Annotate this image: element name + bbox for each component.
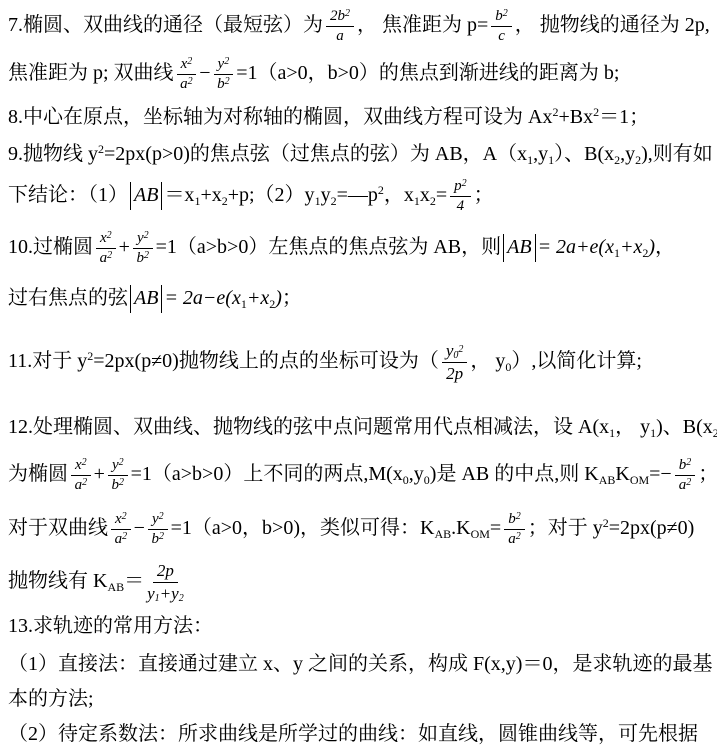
superscript: 2 xyxy=(458,344,463,355)
text-run: 对于双曲线 xyxy=(8,517,108,539)
item-10-line-1: 10.过椭圆x2a2+y2b2=1（a>b>0）左焦点的焦点弦为 AB，则AB=… xyxy=(8,218,711,276)
text-run: +Bx xyxy=(558,106,593,128)
text-run: ， 抛物线的通径为 2p, xyxy=(515,14,710,36)
fraction: y022p xyxy=(442,341,468,383)
math-italic-run: +x xyxy=(247,287,269,309)
superscript: 2 xyxy=(107,250,112,261)
text-run: ＝1； xyxy=(599,106,649,128)
math-italic-run: = 2a+e(x xyxy=(538,236,614,258)
text-run: ； xyxy=(698,463,717,485)
superscript: 2 xyxy=(686,477,691,488)
item-13-method-2-line-1: （2）待定系数法：所求曲线是所学过的曲线：如直线，圆锥曲线等，可先根据 xyxy=(8,714,711,754)
math-italic-run: b xyxy=(217,76,225,92)
superscript: 2 xyxy=(119,457,124,468)
superscript: 2 xyxy=(345,8,350,19)
fraction-denominator: 4 xyxy=(457,197,465,215)
math-italic-run: ) xyxy=(648,236,655,258)
superscript: 2 xyxy=(159,531,164,542)
fraction: x2a2 xyxy=(111,511,131,549)
item-12-line-1: 12.处理椭圆、双曲线、抛物线的弦中点问题常用代点相减法，设 A(x1， y1)… xyxy=(8,408,711,446)
text-run: ， y xyxy=(615,416,650,438)
item-13-method-1-line-1: （1）直接法：直接通过建立 x、y 之间的关系，构成 F(x,y)＝0，是求轨迹… xyxy=(8,644,711,684)
fraction: 2b2a xyxy=(326,8,354,46)
text-run: +p;（2）y xyxy=(228,184,315,206)
text-run: )是 AB 的中点,则 K xyxy=(430,463,599,485)
item-11-line: 11.对于 y2=2px(p≠0)抛物线上的点的坐标可设为（y022p， y0）… xyxy=(8,330,711,392)
math-italic-run: 2p xyxy=(157,561,174,580)
fraction-numerator: x2 xyxy=(111,511,131,530)
superscript: 2 xyxy=(686,457,691,468)
text-run: .K xyxy=(451,517,470,539)
text-run: =− xyxy=(649,463,672,485)
fraction-numerator: y02 xyxy=(442,341,468,363)
superscript: 2 xyxy=(159,511,164,522)
absolute-value-expression: AB xyxy=(130,285,162,313)
fraction: 2py1+y2 xyxy=(147,561,184,603)
fraction-numerator: b2 xyxy=(675,457,696,476)
text-run: ）、B(x xyxy=(554,143,614,165)
fraction-denominator: b2 xyxy=(137,249,150,267)
fraction: y2b2 xyxy=(214,56,234,94)
superscript: 2 xyxy=(122,531,127,542)
fraction: y2b2 xyxy=(133,230,153,268)
text-run: ＝ xyxy=(124,570,144,592)
superscript: 2 xyxy=(187,56,192,67)
fraction-numerator: b2 xyxy=(491,8,512,27)
text-run: =1（a>b>0）上不同的两点,M(x xyxy=(131,463,403,485)
text-run: 为椭圆 xyxy=(8,463,68,485)
text-run: )、B(x xyxy=(656,416,713,438)
item-13-heading: 13.求轨迹的常用方法： xyxy=(8,608,711,644)
text-run: + xyxy=(94,463,105,485)
text-run: ),则有如 xyxy=(641,143,713,165)
fraction-numerator: y2 xyxy=(108,457,128,476)
text-run: − xyxy=(134,517,145,539)
text-run: − xyxy=(199,62,210,84)
superscript: 2 xyxy=(107,230,112,241)
subscript: 2 xyxy=(179,593,184,604)
subscript: OM xyxy=(630,473,649,487)
fraction: b2a2 xyxy=(504,511,525,549)
item-10-line-2: 过右焦点的弦AB= 2a−e(x1+x2)； xyxy=(8,276,711,320)
document-body: 7.椭圆、双曲线的通径（最短弦）为2b2a， 焦准距为 p=b2c， 抛物线的通… xyxy=(8,2,711,754)
math-italic-run: b xyxy=(137,250,145,266)
subscript: AB xyxy=(599,473,616,487)
item-12-line-4: 抛物线有 KAB＝2py1+y2 xyxy=(8,554,711,608)
text-run: + xyxy=(119,236,130,258)
fraction-denominator: a2 xyxy=(508,530,521,548)
math-italic-run: p xyxy=(454,178,462,194)
math-italic-run: b xyxy=(112,477,120,493)
math-italic-run: a xyxy=(336,28,344,44)
text-run: 12.处理椭圆、双曲线、抛物线的弦中点问题常用代点相减法，设 A(x xyxy=(8,416,609,438)
fraction: x2a2 xyxy=(71,457,91,495)
text-run: y xyxy=(321,184,331,206)
math-italic-run: x xyxy=(100,230,107,246)
text-run: 7.椭圆、双曲线的通径（最短弦）为 xyxy=(8,14,323,36)
math-italic-run: a xyxy=(180,76,188,92)
math-italic-run: 2p xyxy=(446,364,463,383)
text-run: ）,以简化计算; xyxy=(511,350,642,372)
text-run: 下结论：（1） xyxy=(8,184,128,206)
fraction-denominator: y1+y2 xyxy=(147,583,184,604)
text-run: =2px(p≠0)抛物线上的点的坐标可设为（ xyxy=(93,350,439,372)
math-italic-run: y xyxy=(112,457,119,473)
fraction: p24 xyxy=(450,178,471,216)
text-run: =1（a>0，b>0)，类似可得：K xyxy=(171,517,435,539)
fraction: b2c xyxy=(491,8,512,46)
text-run: ， 焦准距为 p= xyxy=(357,14,488,36)
math-italic-run: a xyxy=(508,531,516,547)
math-italic-run: a xyxy=(100,250,108,266)
fraction-numerator: x2 xyxy=(177,56,197,75)
superscript: 2 xyxy=(516,511,521,522)
superscript: 2 xyxy=(82,457,87,468)
fraction-denominator: b2 xyxy=(152,530,165,548)
math-italic-run: y xyxy=(152,511,159,527)
superscript: 2 xyxy=(119,477,124,488)
text-run: 抛物线有 K xyxy=(8,570,107,592)
superscript: 2 xyxy=(144,230,149,241)
text-run: ；对于 y xyxy=(528,517,603,539)
absolute-value-expression: AB xyxy=(503,234,535,262)
text-run: ,y xyxy=(620,143,635,165)
math-italic-run: a xyxy=(75,477,83,493)
math-italic-run: b xyxy=(495,8,503,24)
text-run: +x xyxy=(200,184,221,206)
superscript: 2 xyxy=(516,531,521,542)
text-run: =2px(p≠0) xyxy=(609,517,695,539)
subscript: 2 xyxy=(713,426,717,440)
math-italic-run: = 2a−e(x xyxy=(164,287,240,309)
superscript: 2 xyxy=(503,8,508,19)
math-italic-run: c xyxy=(498,28,505,44)
item-7-line-1: 7.椭圆、双曲线的通径（最短弦）为2b2a， 焦准距为 p=b2c， 抛物线的通… xyxy=(8,2,711,48)
item-9-line-1: 9.抛物线 y2=2px(p>0)的焦点弦（过焦点的弦）为 AB，A（x1,y1… xyxy=(8,136,711,172)
fraction: x2a2 xyxy=(177,56,197,94)
fraction-denominator: b2 xyxy=(217,75,230,93)
text-run: =1（a>0，b>0）的焦点到渐进线的距离为 b; xyxy=(236,62,619,84)
item-12-line-2: 为椭圆x2a2+y2b2=1（a>b>0）上不同的两点,M(x0,y0)是 AB… xyxy=(8,446,711,502)
text-run: x xyxy=(420,184,430,206)
math-italic-run: +y xyxy=(160,584,179,603)
subscript: AB xyxy=(434,527,451,541)
fraction-denominator: c xyxy=(498,27,505,45)
math-italic-run: b xyxy=(508,511,516,527)
text-run: =1（a>b>0）左焦点的焦点弦为 AB，则 xyxy=(156,236,502,258)
text-run: =—p xyxy=(337,184,378,206)
fraction: b2a2 xyxy=(675,457,696,495)
fraction-numerator: b2 xyxy=(504,511,525,530)
superscript: 2 xyxy=(225,76,230,87)
fraction-numerator: y2 xyxy=(133,230,153,249)
superscript: 2 xyxy=(122,511,127,522)
math-italic-run: +x xyxy=(620,236,642,258)
text-run: = xyxy=(436,184,447,206)
fraction-numerator: 2b2 xyxy=(326,8,354,27)
fraction-denominator: b2 xyxy=(112,476,125,494)
text-run: ,y xyxy=(533,143,548,165)
superscript: 2 xyxy=(82,477,87,488)
text-run: ，x xyxy=(384,184,414,206)
math-notes-page: 7.椭圆、双曲线的通径（最短弦）为2b2a， 焦准距为 p=b2c， 抛物线的通… xyxy=(0,0,717,756)
math-italic-run: y xyxy=(137,230,144,246)
fraction-numerator: y2 xyxy=(148,511,168,530)
superscript: 2 xyxy=(188,76,193,87)
fraction-numerator: x2 xyxy=(71,457,91,476)
superscript: 2 xyxy=(144,250,149,261)
math-italic-run: x xyxy=(115,511,122,527)
text-run: 10.过椭圆 xyxy=(8,236,93,258)
subscript: OM xyxy=(471,527,490,541)
fraction-numerator: y2 xyxy=(214,56,234,75)
fraction-denominator: a2 xyxy=(115,530,128,548)
math-italic-run: ) xyxy=(275,287,282,309)
text-run: ,y xyxy=(409,463,424,485)
text-run: 4 xyxy=(457,198,465,214)
fraction: y2b2 xyxy=(148,511,168,549)
text-run: 8.中心在原点，坐标轴为对称轴的椭圆，双曲线方程可设为 Ax xyxy=(8,106,552,128)
text-run: ， xyxy=(655,236,675,258)
item-7-line-2: 焦准距为 p; 双曲线x2a2−y2b2=1（a>0，b>0）的焦点到渐进线的距… xyxy=(8,48,711,98)
fraction-numerator: p2 xyxy=(450,178,471,197)
text-run: 9.抛物线 y xyxy=(8,143,98,165)
subscript: AB xyxy=(107,580,124,594)
text-run: ＝x xyxy=(164,184,194,206)
text-run: =2px(p>0)的焦点弦（过焦点的弦）为 AB，A（x xyxy=(104,143,527,165)
fraction: y2b2 xyxy=(108,457,128,495)
fraction-denominator: a2 xyxy=(100,249,113,267)
math-italic-run: 2b xyxy=(330,8,345,24)
fraction-denominator: a2 xyxy=(75,476,88,494)
absolute-value-expression: AB xyxy=(130,182,162,210)
text-run: K xyxy=(615,463,629,485)
fraction-denominator: a2 xyxy=(180,75,193,93)
fraction: x2a2 xyxy=(96,230,116,268)
text-run: 11.对于 y xyxy=(8,350,87,372)
text-run: 焦准距为 p; 双曲线 xyxy=(8,62,174,84)
math-italic-run: a xyxy=(115,531,123,547)
fraction-denominator: a xyxy=(336,27,344,45)
superscript: 2 xyxy=(224,56,229,67)
text-run: 本的方法; xyxy=(8,688,94,710)
item-13-method-1-line-2: 本的方法; xyxy=(8,684,711,714)
text-run: （1）直接法：直接通过建立 x、y 之间的关系，构成 F(x,y)＝0，是求轨迹… xyxy=(8,653,712,675)
math-italic-run: y xyxy=(147,584,155,603)
text-run: ， y xyxy=(470,350,505,372)
text-run: 13.求轨迹的常用方法： xyxy=(8,615,213,637)
fraction-denominator: a2 xyxy=(679,476,692,494)
text-run: （2）待定系数法：所求曲线是所学过的曲线：如直线，圆锥曲线等，可先根据 xyxy=(8,723,698,745)
fraction-numerator: 2p xyxy=(153,561,178,583)
superscript: 2 xyxy=(462,178,467,189)
fraction-numerator: x2 xyxy=(96,230,116,249)
fraction-denominator: 2p xyxy=(446,363,463,384)
item-9-line-2: 下结论：（1）AB＝x1+x2+p;（2）y1y2=—p2，x1x2=p24； xyxy=(8,172,711,218)
item-8-line: 8.中心在原点，坐标轴为对称轴的椭圆，双曲线方程可设为 Ax2+Bx2＝1； xyxy=(8,98,711,136)
math-italic-run: b xyxy=(152,531,160,547)
math-italic-run: x xyxy=(75,457,82,473)
text-run: ； xyxy=(282,287,302,309)
text-run: 过右焦点的弦 xyxy=(8,287,128,309)
text-run: ； xyxy=(474,184,494,206)
text-run: = xyxy=(490,517,501,539)
item-12-line-3: 对于双曲线x2a2−y2b2=1（a>0，b>0)，类似可得：KAB.KOM=b… xyxy=(8,502,711,554)
